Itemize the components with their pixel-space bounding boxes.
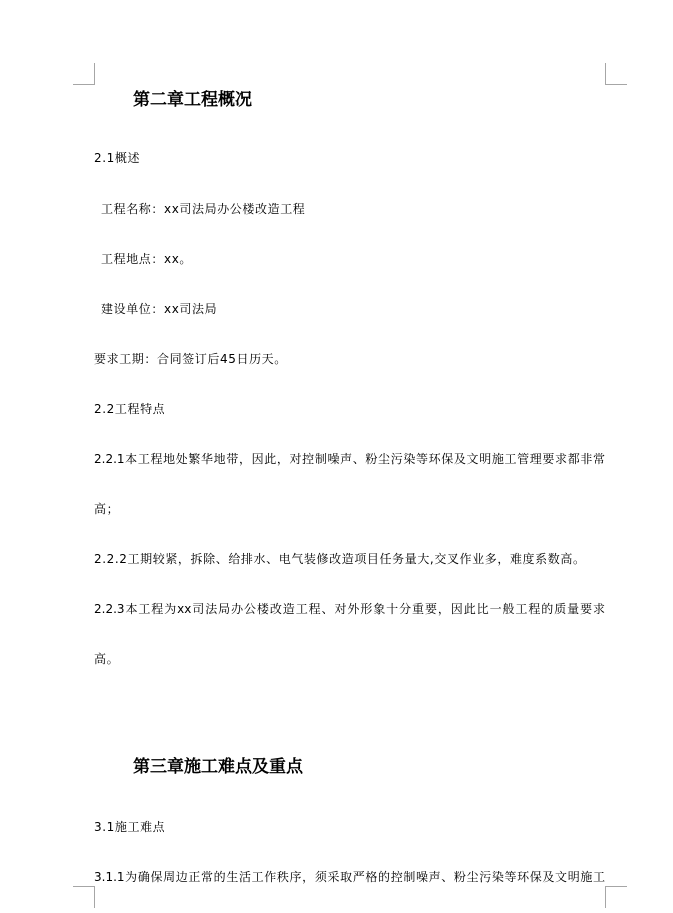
section-3-1-heading: 3.1施工难点 xyxy=(94,819,605,835)
chapter-3-title: 第三章施工难点及重点 xyxy=(133,757,303,777)
construction-unit-line: 建设单位：xx司法局 xyxy=(101,301,612,317)
item-3-1-1-line-1: 3.1.1为确保周边正常的生活工作秩序，须采取严格的控制噪声、粉尘污染等环保及文… xyxy=(94,869,605,885)
section-2-1-heading: 2.1概述 xyxy=(94,150,605,166)
section-2-2-heading: 2.2工程特点 xyxy=(94,401,605,417)
item-2-2-2: 2.2.2工期较紧，拆除、给排水、电气装修改造项目任务量大,交叉作业多，难度系数… xyxy=(94,551,605,567)
margin-corner-mark-top-right xyxy=(605,63,627,85)
margin-corner-mark-bottom-left xyxy=(73,886,95,908)
item-2-2-1-line-2: 高； xyxy=(94,501,605,517)
item-2-2-3-line-2: 高。 xyxy=(94,651,605,667)
margin-corner-mark-bottom-right xyxy=(605,886,627,908)
item-2-2-3-line-1: 2.2.3本工程为xx司法局办公楼改造工程、对外形象十分重要，因此比一般工程的质… xyxy=(94,601,605,617)
required-duration-line: 要求工期：合同签订后45日历天。 xyxy=(94,351,605,367)
chapter-2-title: 第二章工程概况 xyxy=(133,90,252,110)
project-name-line: 工程名称：xx司法局办公楼改造工程 xyxy=(101,201,612,217)
margin-corner-mark-top-left xyxy=(73,63,95,85)
project-location-line: 工程地点：xx。 xyxy=(101,251,612,267)
item-2-2-1-line-1: 2.2.1本工程地处繁华地带，因此，对控制噪声、粉尘污染等环保及文明施工管理要求… xyxy=(94,451,605,467)
